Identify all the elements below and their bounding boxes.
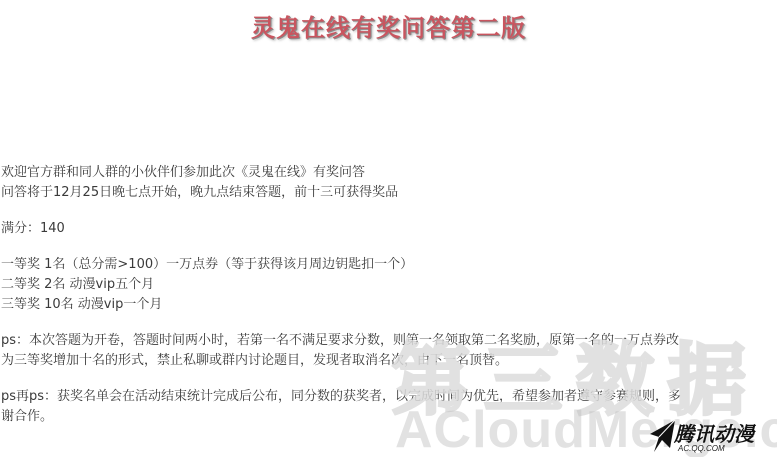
intro-line-1: 欢迎官方群和同人群的小伙伴们参加此次《灵鬼在线》有奖问答 bbox=[1, 163, 776, 183]
prize-second: 二等奖 2名 动漫vip五个月 bbox=[1, 275, 776, 295]
ps-line-2: 为三等奖增加十名的形式，禁止私聊或群内讨论题目，发现者取消名次，由下一名顶替。 bbox=[1, 351, 776, 371]
ps2-line-1: ps再ps：获奖名单会在活动结束统计完成后公布，同分数的获奖者，以完成时间为优先… bbox=[1, 387, 776, 407]
tencent-comic-logo: 腾讯动漫 AC.QQ.COM bbox=[648, 418, 777, 457]
prize-third: 三等奖 10名 动漫vip一个月 bbox=[1, 295, 776, 315]
prize-first: 一等奖 1名（总分需>100）一万点券（等于获得该月周边钥匙扣一个） bbox=[1, 255, 776, 275]
paper-plane-icon bbox=[648, 418, 676, 454]
full-score: 满分：140 bbox=[1, 219, 776, 239]
logo-url: AC.QQ.COM bbox=[678, 444, 725, 453]
logo-name: 腾讯动漫 bbox=[674, 418, 754, 447]
intro-line-2: 问答将于12月25日晚七点开始，晚九点结束答题，前十三可获得奖品 bbox=[1, 183, 776, 203]
ps-line-1: ps：本次答题为开卷，答题时间两小时，若第一名不满足要求分数，则第一名领取第二名… bbox=[1, 331, 776, 351]
announcement-body: 欢迎官方群和同人群的小伙伴们参加此次《灵鬼在线》有奖问答 问答将于12月25日晚… bbox=[1, 163, 776, 427]
page-title: 灵鬼在线有奖问答第二版 bbox=[0, 8, 777, 43]
